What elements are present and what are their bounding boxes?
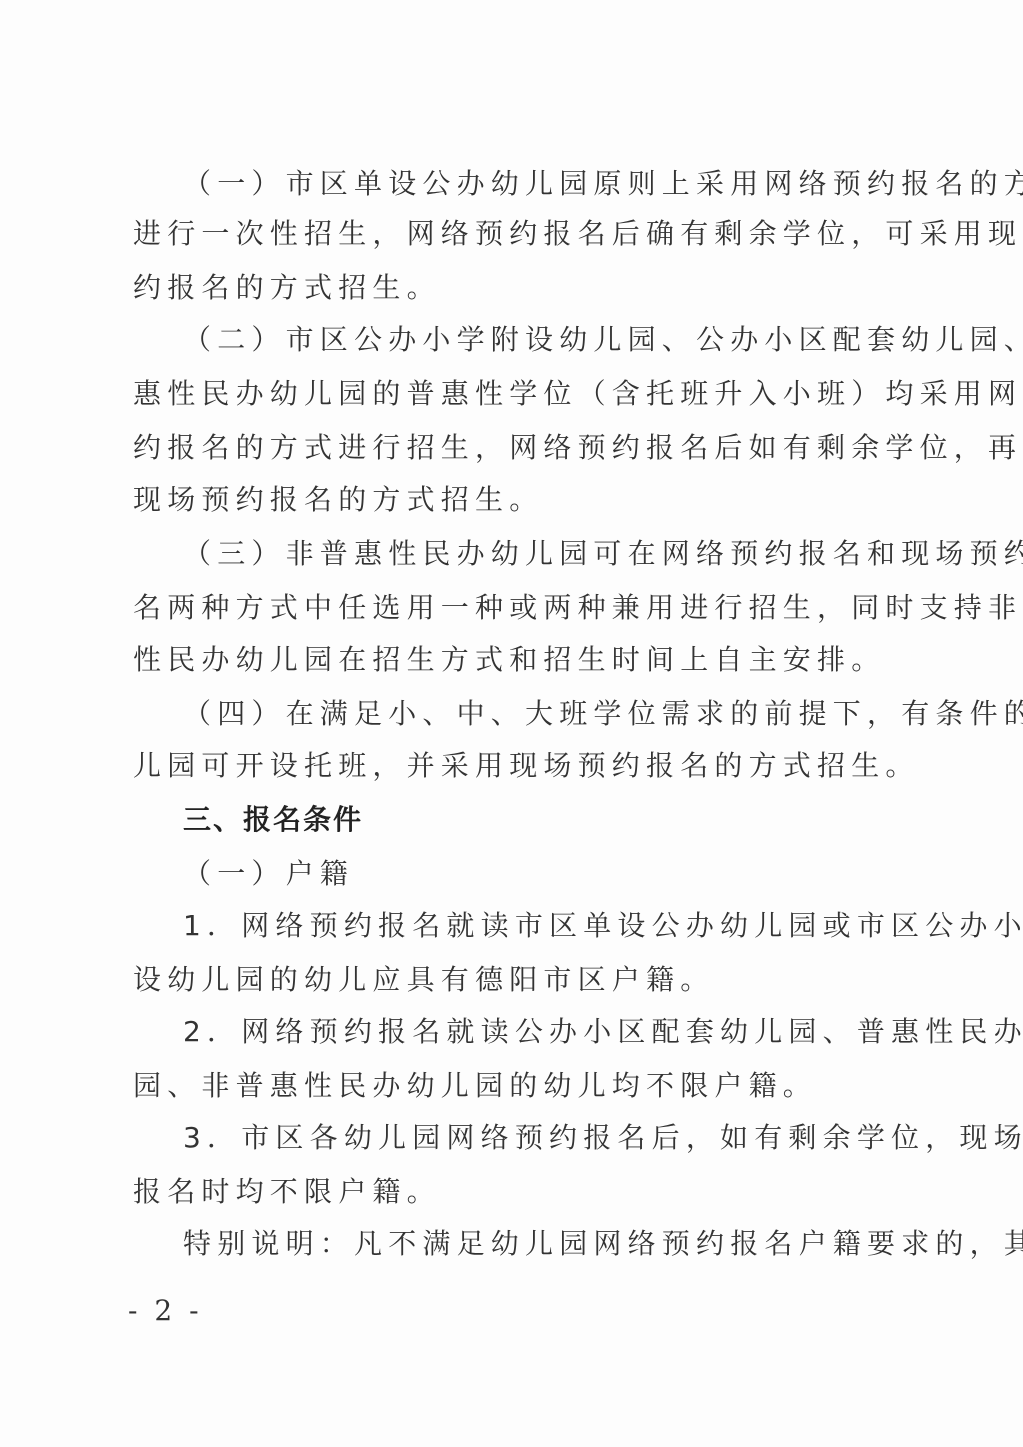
text-line: 3．市区各幼儿园网络预约报名后，如有剩余学位，现场预约 [183, 1120, 908, 1156]
page-number: - 2 - [128, 1293, 203, 1329]
text-line: 进行一次性招生，网络预约报名后确有剩余学位，可采用现场预 [133, 216, 908, 252]
text-line: 约报名的方式招生。 [133, 270, 908, 306]
text-line: 现场预约报名的方式招生。 [133, 482, 908, 518]
section-heading: 三、报名条件 [183, 802, 908, 838]
text-line: 名两种方式中任选用一种或两种兼用进行招生，同时支持非普惠 [133, 590, 908, 626]
text-line: 报名时均不限户籍。 [133, 1174, 908, 1210]
text-line: 约报名的方式进行招生，网络预约报名后如有剩余学位，再采用 [133, 430, 908, 466]
text-line: （四）在满足小、中、大班学位需求的前提下，有条件的幼 [183, 696, 908, 732]
document-page: （一）市区单设公办幼儿园原则上采用网络预约报名的方式进行一次性招生，网络预约报名… [0, 0, 1023, 1447]
text-line: （二）市区公办小学附设幼儿园、公办小区配套幼儿园、普 [183, 322, 908, 358]
text-line: 设幼儿园的幼儿应具有德阳市区户籍。 [133, 962, 908, 998]
text-line: 园、非普惠性民办幼儿园的幼儿均不限户籍。 [133, 1068, 908, 1104]
text-line: 惠性民办幼儿园的普惠性学位（含托班升入小班）均采用网络预 [133, 376, 908, 412]
text-line: 特别说明：凡不满足幼儿园网络预约报名户籍要求的，其在 [183, 1226, 908, 1262]
text-line: （三）非普惠性民办幼儿园可在网络预约报名和现场预约报 [183, 536, 908, 572]
text-line: 2．网络预约报名就读公办小区配套幼儿园、普惠性民办幼儿 [183, 1014, 908, 1050]
text-line: 性民办幼儿园在招生方式和招生时间上自主安排。 [133, 642, 908, 678]
text-line: （一）市区单设公办幼儿园原则上采用网络预约报名的方式 [183, 166, 908, 202]
text-line: 儿园可开设托班，并采用现场预约报名的方式招生。 [133, 748, 908, 784]
text-line: （一）户籍 [183, 856, 908, 892]
text-line: 1．网络预约报名就读市区单设公办幼儿园或市区公办小学附 [183, 908, 908, 944]
